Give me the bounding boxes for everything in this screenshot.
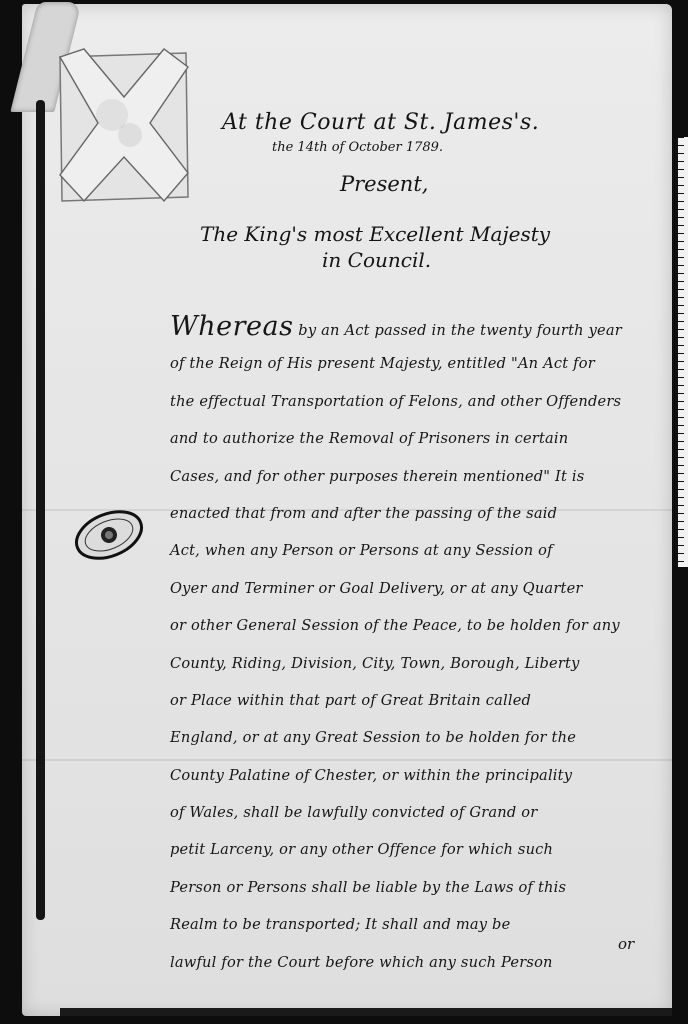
body-line: the effectual Transportation of Felons, … xyxy=(170,383,660,420)
scale-ruler xyxy=(676,137,688,567)
body-line: Realm to be transported; It shall and ma… xyxy=(170,906,660,943)
catchword: or xyxy=(618,935,634,953)
heading-present: Present, xyxy=(340,172,428,196)
body-line: or Place within that part of Great Brita… xyxy=(170,682,660,719)
page-bottom-edge xyxy=(60,1008,672,1016)
body-text: Whereas by an Act passed in the twenty f… xyxy=(170,308,660,981)
saltire-seal-icon xyxy=(52,45,194,205)
body-line: County Palatine of Chester, or within th… xyxy=(170,757,660,794)
body-line: Person or Persons shall be liable by the… xyxy=(170,869,660,906)
body-line: County, Riding, Division, City, Town, Bo… xyxy=(170,645,660,682)
document-scan: At the Court at St. James's. the 14th of… xyxy=(0,0,688,1024)
heading-date: the 14th of October 1789. xyxy=(272,140,443,155)
body-line: England, or at any Great Session to be h… xyxy=(170,719,660,756)
body-line: Act, when any Person or Persons at any S… xyxy=(170,532,660,569)
heading-court: At the Court at St. James's. xyxy=(222,110,539,135)
body-line: enacted that from and after the passing … xyxy=(170,495,660,532)
body-line: petit Larceny, or any other Offence for … xyxy=(170,831,660,868)
body-line: Whereas by an Act passed in the twenty f… xyxy=(170,308,660,345)
body-line: lawful for the Court before which any su… xyxy=(170,944,660,981)
first-line-text: by an Act passed in the twenty fourth ye… xyxy=(293,322,621,339)
body-line: of Wales, shall be lawfully convicted of… xyxy=(170,794,660,831)
body-line: of the Reign of His present Majesty, ent… xyxy=(170,345,660,382)
body-line: Cases, and for other purposes therein me… xyxy=(170,458,660,495)
body-line: or other General Session of the Peace, t… xyxy=(170,607,660,644)
binding-strip xyxy=(36,100,45,920)
heading-council: in Council. xyxy=(322,248,431,272)
body-line: Oyer and Terminer or Goal Delivery, or a… xyxy=(170,570,660,607)
lead-word: Whereas xyxy=(170,311,293,342)
body-line: and to authorize the Removal of Prisoner… xyxy=(170,420,660,457)
heading-king: The King's most Excellent Majesty xyxy=(200,222,550,246)
